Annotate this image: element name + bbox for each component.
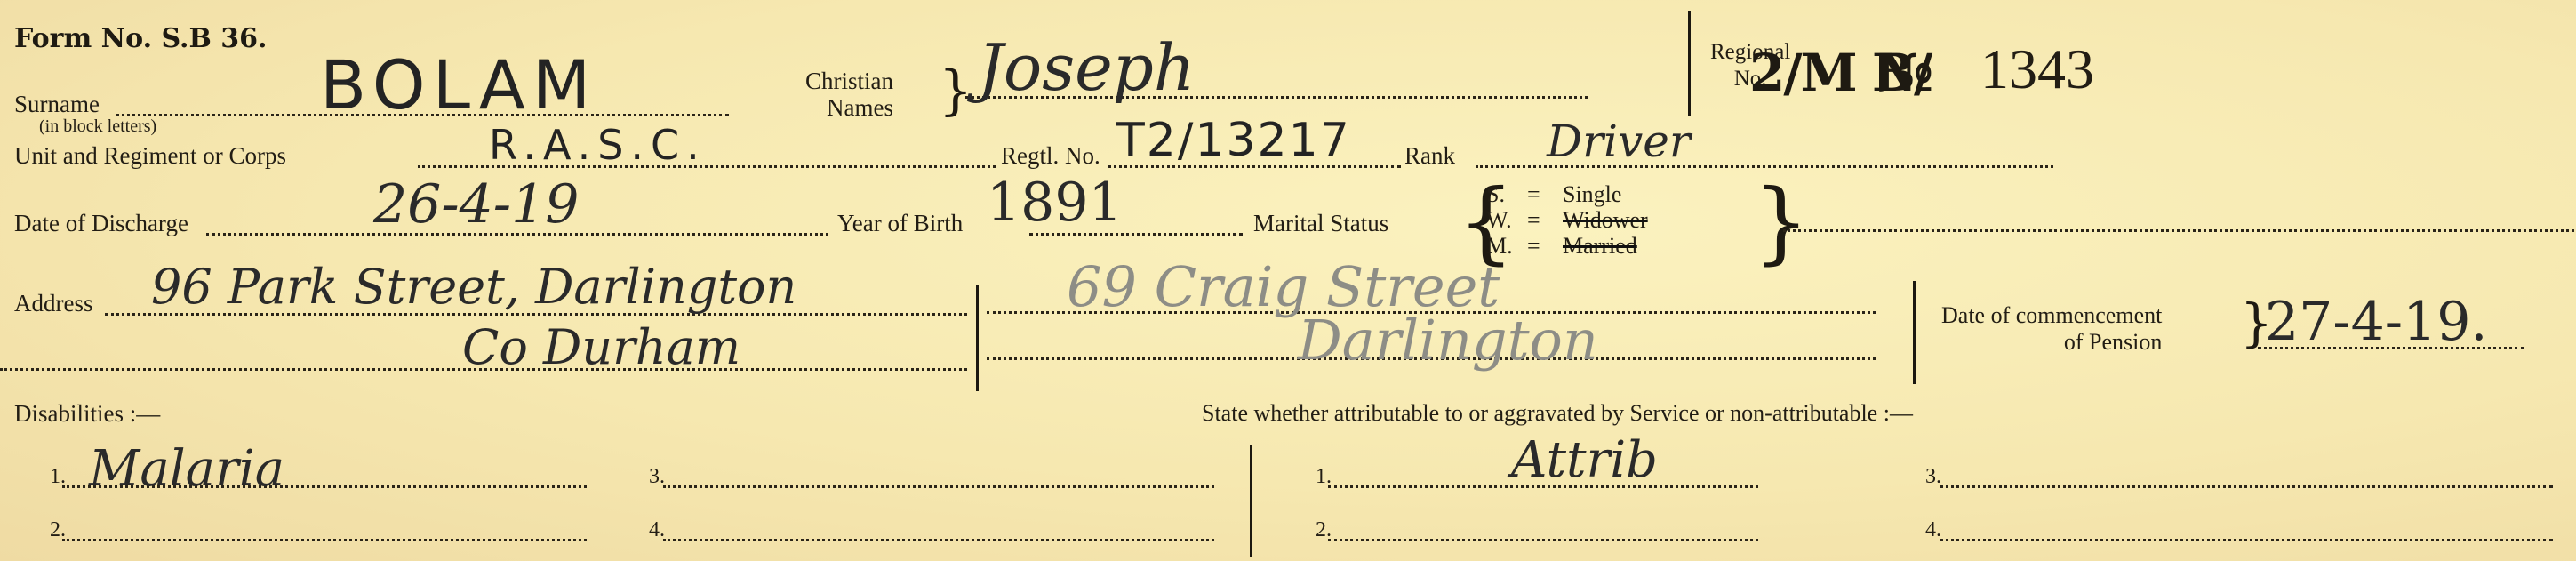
address-divider-right xyxy=(1913,281,1916,384)
surname-label: Surname xyxy=(14,92,100,116)
marital-option-married[interactable]: M.=Married xyxy=(1486,233,1648,259)
attributable-3-number: 3. xyxy=(1925,466,1941,487)
form-number: Form No. S.B 36. xyxy=(14,23,268,54)
disability-4-line[interactable] xyxy=(663,539,1214,541)
marital-status-label: Marital Status xyxy=(1253,212,1388,236)
marital-option-single-code: S. xyxy=(1486,181,1527,207)
rank-label: Rank xyxy=(1404,144,1455,168)
date-commencement-label: Date of commencement of Pension xyxy=(1941,302,2162,356)
disabilities-label: Disabilities :— xyxy=(14,402,160,426)
attributable-3-line[interactable] xyxy=(1940,485,2553,488)
attributable-2-line[interactable] xyxy=(1328,539,1758,541)
unit-label: Unit and Regiment or Corps xyxy=(14,144,286,168)
regtl-no-value[interactable]: T2/13217 xyxy=(1116,117,1351,164)
number-sign: № xyxy=(1877,43,1933,103)
marital-options: S.=Single W.=Widower M.=Married xyxy=(1486,181,1648,259)
attributable-1-value[interactable]: Attrib xyxy=(1511,436,1658,485)
new-address-value-line2[interactable]: Darlington xyxy=(1298,313,1598,368)
address-label: Address xyxy=(14,292,93,316)
christian-names-label: Christian Names xyxy=(805,68,893,121)
marital-status-line xyxy=(1783,229,2574,232)
new-address-value-line1[interactable]: 69 Craig Street xyxy=(1067,260,1500,315)
attributable-4-line[interactable] xyxy=(1940,539,2553,541)
christian-names-brace: } xyxy=(939,64,972,117)
christian-names-value[interactable]: Joseph xyxy=(978,36,1195,100)
address-divider-left xyxy=(976,285,979,391)
marital-option-single-label: Single xyxy=(1563,181,1621,207)
marital-option-single[interactable]: S.=Single xyxy=(1486,181,1648,207)
rank-value[interactable]: Driver xyxy=(1547,119,1691,164)
attributable-1-number: 1. xyxy=(1316,466,1332,487)
marital-option-widower-code: W. xyxy=(1486,207,1527,233)
disability-1-number: 1. xyxy=(50,466,66,487)
date-of-discharge-value[interactable]: 26-4-19 xyxy=(373,178,579,231)
disability-4-number: 4. xyxy=(649,519,665,541)
surname-hint: (in block letters) xyxy=(39,117,156,135)
year-of-birth-value[interactable]: 1891 xyxy=(987,176,1123,229)
regional-divider xyxy=(1688,11,1691,116)
disability-2-number: 2. xyxy=(50,519,66,541)
address-value-line1[interactable]: 96 Park Street, Darlington xyxy=(151,263,796,311)
marital-option-married-label: Married xyxy=(1563,233,1637,259)
attributable-2-number: 2. xyxy=(1316,519,1332,541)
disability-1-value[interactable]: Malaria xyxy=(89,445,284,494)
serial-number: 1343 xyxy=(1980,41,2094,98)
date-commencement-line1: Date of commencement xyxy=(1941,302,2162,329)
disability-3-line[interactable] xyxy=(663,485,1214,488)
marital-close-brace: } xyxy=(1753,178,1810,267)
address-value-line2[interactable]: Co Durham xyxy=(462,324,740,372)
disability-3-number: 3. xyxy=(649,466,665,487)
date-of-discharge-label: Date of Discharge xyxy=(14,212,188,236)
regtl-no-label: Regtl. No. xyxy=(1001,144,1100,168)
christian-names-line1: Christian xyxy=(805,68,893,94)
year-of-birth-label: Year of Birth xyxy=(837,212,963,236)
date-commencement-line2: of Pension xyxy=(1941,329,2162,356)
surname-value[interactable]: BOLAM xyxy=(320,52,597,119)
marital-option-widower-label: Widower xyxy=(1563,207,1648,233)
marital-option-widower[interactable]: W.=Widower xyxy=(1486,207,1648,233)
christian-names-line2: Names xyxy=(805,94,893,121)
disability-2-line[interactable] xyxy=(62,539,587,541)
attributable-4-number: 4. xyxy=(1925,519,1941,541)
attributable-label: State whether attributable to or aggrava… xyxy=(1202,402,1913,425)
unit-value[interactable]: R.A.S.C. xyxy=(489,124,707,165)
disabilities-divider xyxy=(1250,445,1252,557)
date-commencement-value[interactable]: 27-4-19. xyxy=(2265,295,2488,349)
